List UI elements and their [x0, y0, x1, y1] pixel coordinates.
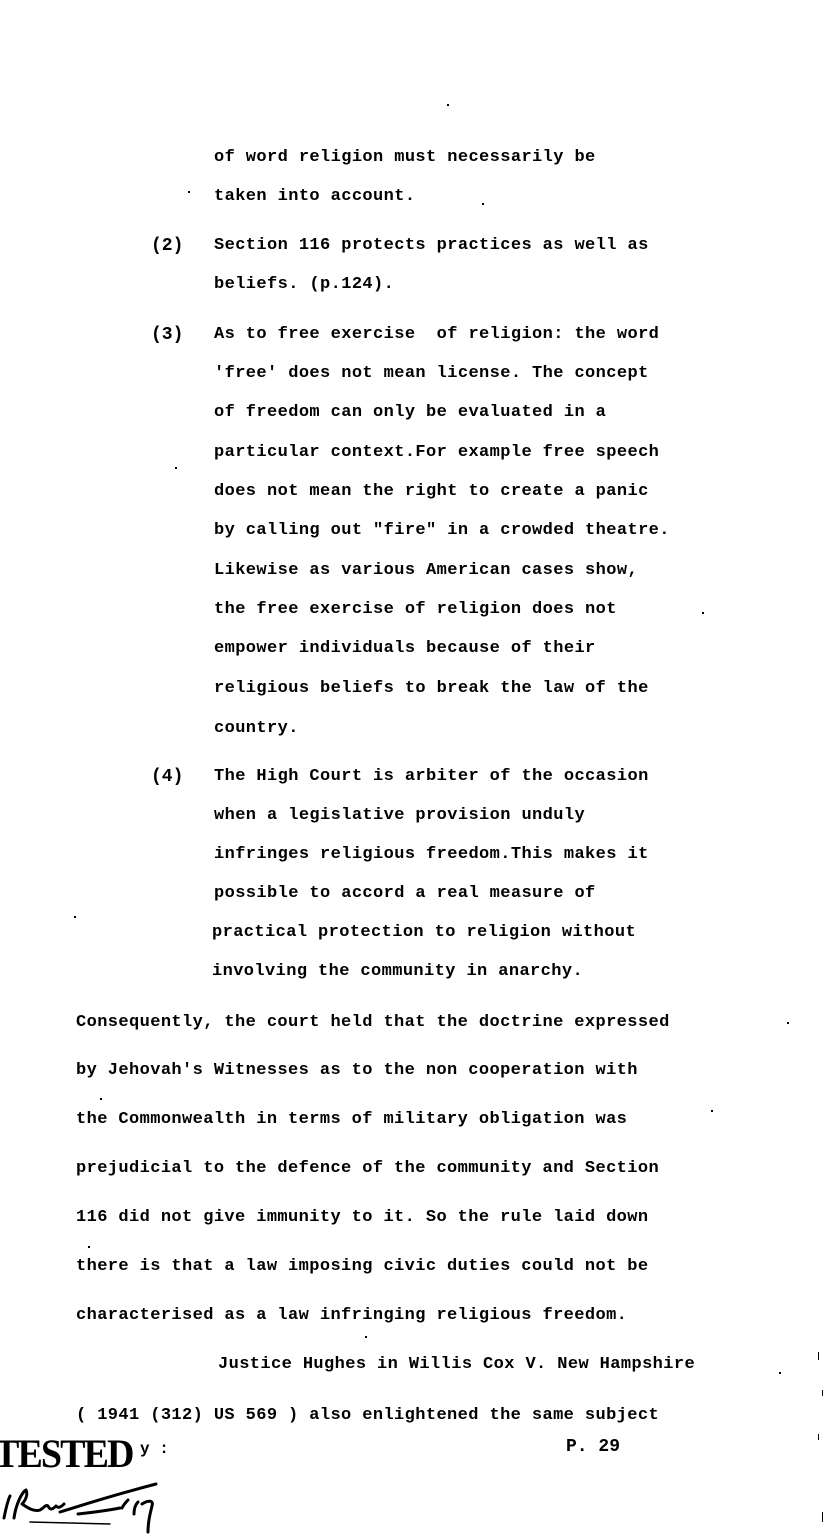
edge-mark	[818, 1352, 819, 1360]
closing-line: ( 1941 (312) US 569 ) also enlightened t…	[76, 1406, 659, 1426]
point-number: (3)	[151, 325, 183, 345]
paragraph-line: 116 did not give immunity to it. So the …	[76, 1208, 649, 1228]
point-line: empower individuals because of their	[214, 639, 596, 659]
edge-mark	[822, 1390, 823, 1396]
point-line: possible to accord a real measure of	[214, 884, 596, 904]
scan-speck	[779, 1372, 781, 1374]
paragraph-line: there is that a law imposing civic dutie…	[76, 1257, 649, 1277]
scan-speck	[711, 1110, 713, 1112]
point-line: by calling out "fire" in a crowded theat…	[214, 521, 670, 541]
point-line: beliefs. (p.124).	[214, 275, 394, 295]
point-line: practical protection to religion without	[212, 923, 636, 943]
attested-stamp: TESTED	[0, 1432, 133, 1476]
paragraph-line: characterised as a law infringing religi…	[76, 1306, 627, 1326]
continuation-line: taken into account.	[214, 187, 415, 207]
signature	[0, 1478, 170, 1540]
paragraph-line: prejudicial to the defence of the commun…	[76, 1159, 659, 1179]
point-number: (2)	[151, 236, 183, 256]
scan-speck	[787, 1022, 789, 1024]
scan-speck	[447, 104, 449, 106]
point-line: Section 116 protects practices as well a…	[214, 236, 649, 256]
point-line: As to free exercise of religion: the wor…	[214, 325, 659, 345]
edge-mark	[822, 1512, 823, 1522]
point-line: particular context.For example free spee…	[214, 443, 659, 463]
point-number: (4)	[151, 767, 183, 787]
scan-speck	[175, 467, 177, 469]
point-line: when a legislative provision unduly	[214, 806, 585, 826]
scan-speck	[74, 916, 76, 918]
point-line: Likewise as various American cases show,	[214, 561, 638, 581]
point-line: religious beliefs to break the law of th…	[214, 679, 649, 699]
point-line: infringes religious freedom.This makes i…	[214, 845, 649, 865]
edge-mark	[818, 1434, 819, 1440]
paragraph-line: Consequently, the court held that the do…	[76, 1013, 670, 1033]
point-line: of freedom can only be evaluated in a	[214, 403, 606, 423]
scan-speck	[88, 1246, 90, 1248]
scan-speck	[702, 612, 704, 614]
point-line: 'free' does not mean license. The concep…	[214, 364, 649, 384]
scan-speck	[482, 203, 484, 205]
paragraph-line: by Jehovah's Witnesses as to the non coo…	[76, 1061, 638, 1081]
point-line: country.	[214, 719, 299, 739]
scan-speck	[365, 1336, 367, 1338]
document-page: of word religion must necessarily be tak…	[0, 0, 840, 1540]
page-number: P. 29	[566, 1437, 620, 1457]
closing-line: Justice Hughes in Willis Cox V. New Hamp…	[218, 1355, 695, 1375]
point-line: involving the community in anarchy.	[212, 962, 583, 982]
continuation-line: of word religion must necessarily be	[214, 148, 596, 168]
stamp-suffix: y :	[140, 1440, 169, 1458]
scan-speck	[188, 191, 190, 193]
point-line: does not mean the right to create a pani…	[214, 482, 649, 502]
paragraph-line: the Commonwealth in terms of military ob…	[76, 1110, 627, 1130]
point-line: The High Court is arbiter of the occasio…	[214, 767, 649, 787]
point-line: the free exercise of religion does not	[214, 600, 617, 620]
scan-speck	[100, 1098, 102, 1100]
